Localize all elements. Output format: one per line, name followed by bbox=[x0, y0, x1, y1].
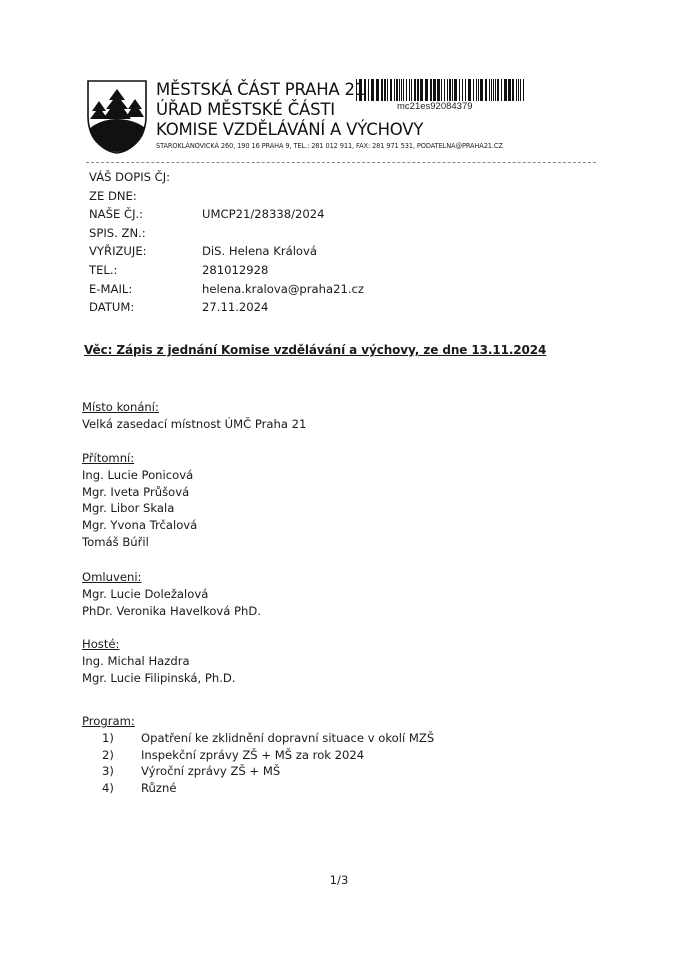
reference-label: E-MAIL: bbox=[89, 280, 132, 299]
header-address: STAROKLÁNOVICKÁ 260, 190 16 PRAHA 9, TEL… bbox=[156, 142, 503, 150]
list-item: Mgr. Lucie Doležalová bbox=[82, 586, 261, 603]
reference-label: SPIS. ZN.: bbox=[89, 224, 146, 243]
venue-title: Místo konání: bbox=[82, 399, 306, 416]
list-item: PhDr. Veronika Havelková PhD. bbox=[82, 603, 261, 620]
program-item: 3) Výroční zprávy ZŠ + MŠ bbox=[82, 763, 434, 780]
list-item: Mgr. Libor Skala bbox=[82, 500, 197, 517]
program-item-number: 1) bbox=[102, 730, 114, 747]
header-office: ÚŘAD MĚSTSKÉ ČÁSTI bbox=[156, 100, 335, 120]
reference-label: VYŘIZUJE: bbox=[89, 242, 147, 261]
program-item: 4) Různé bbox=[82, 780, 434, 797]
list-item: Mgr. Iveta Průšová bbox=[82, 484, 197, 501]
excused-title: Omluveni: bbox=[82, 569, 261, 586]
list-item: Tomáš Búřil bbox=[82, 534, 197, 551]
reference-value: helena.kralova@praha21.cz bbox=[202, 280, 364, 299]
header-municipality: MĚSTSKÁ ČÁST PRAHA 21 bbox=[156, 80, 365, 100]
reference-value: DiS. Helena Králová bbox=[202, 242, 317, 261]
program-item: 2) Inspekční zprávy ZŠ + MŠ za rok 2024 bbox=[82, 747, 434, 764]
program-item-text: Výroční zprávy ZŠ + MŠ bbox=[141, 764, 280, 778]
page-number: 1/3 bbox=[0, 873, 678, 887]
document-page: MĚSTSKÁ ČÁST PRAHA 21 ÚŘAD MĚSTSKÉ ČÁSTI… bbox=[0, 0, 678, 960]
list-item: Ing. Michal Hazdra bbox=[82, 653, 236, 670]
barcode-icon bbox=[356, 79, 524, 101]
program-section: Program: 1) Opatření ke zklidnění doprav… bbox=[82, 713, 434, 797]
list-item: Ing. Lucie Ponicová bbox=[82, 467, 197, 484]
barcode-text: mc21es92084379 bbox=[397, 101, 473, 112]
reference-label: ZE DNE: bbox=[89, 187, 137, 206]
list-item: Mgr. Yvona Trčalová bbox=[82, 517, 197, 534]
program-title: Program: bbox=[82, 713, 434, 730]
reference-label: DATUM: bbox=[89, 298, 134, 317]
list-item: Mgr. Lucie Filipinská, Ph.D. bbox=[82, 670, 236, 687]
present-section: Přítomní: Ing. Lucie Ponicová Mgr. Iveta… bbox=[82, 450, 197, 551]
guests-section: Hosté: Ing. Michal Hazdra Mgr. Lucie Fil… bbox=[82, 636, 236, 686]
venue-value: Velká zasedací místnost ÚMČ Praha 21 bbox=[82, 416, 306, 433]
reference-value: 27.11.2024 bbox=[202, 298, 268, 317]
guests-title: Hosté: bbox=[82, 636, 236, 653]
reference-label: TEL.: bbox=[89, 261, 117, 280]
program-item-text: Různé bbox=[141, 781, 176, 795]
reference-label: NAŠE ČJ.: bbox=[89, 205, 143, 224]
program-item: 1) Opatření ke zklidnění dopravní situac… bbox=[82, 730, 434, 747]
header-committee: KOMISE VZDĚLÁVÁNÍ A VÝCHOVY bbox=[156, 120, 423, 140]
coat-of-arms-icon bbox=[86, 79, 148, 155]
venue-section: Místo konání: Velká zasedací místnost ÚM… bbox=[82, 399, 306, 433]
header-divider bbox=[86, 162, 596, 163]
program-item-number: 3) bbox=[102, 763, 114, 780]
present-title: Přítomní: bbox=[82, 450, 197, 467]
subject-line: Věc: Zápis z jednání Komise vzdělávání a… bbox=[84, 343, 546, 357]
excused-section: Omluveni: Mgr. Lucie Doležalová PhDr. Ve… bbox=[82, 569, 261, 619]
program-item-text: Opatření ke zklidnění dopravní situace v… bbox=[141, 731, 434, 745]
reference-value: UMCP21/28338/2024 bbox=[202, 205, 325, 224]
program-item-number: 2) bbox=[102, 747, 114, 764]
program-item-number: 4) bbox=[102, 780, 114, 797]
program-item-text: Inspekční zprávy ZŠ + MŠ za rok 2024 bbox=[141, 748, 364, 762]
reference-label: VÁŠ DOPIS ČJ: bbox=[89, 168, 170, 187]
reference-value: 281012928 bbox=[202, 261, 268, 280]
